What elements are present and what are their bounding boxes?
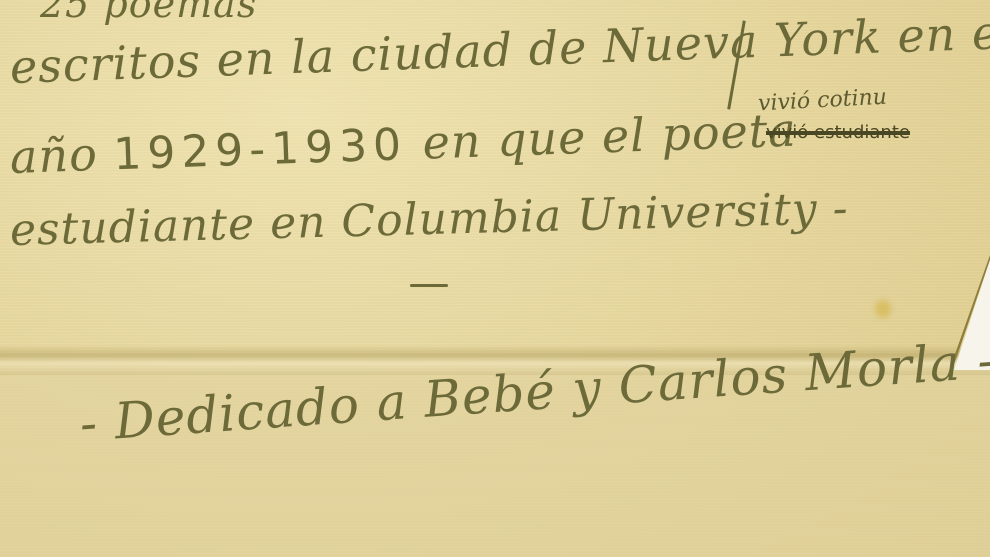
paper-stain [875,300,891,318]
underline-dash [410,284,448,287]
year-label-prefix: año [9,126,114,184]
line-3-suffix: en que el poeta [406,103,797,171]
handwritten-line-4: estudiante en Columbia University - [9,183,849,256]
insertion-note: vivió cotinu [757,85,887,117]
handwritten-line-1: 25 poemas [40,0,257,26]
manuscript-page: 25 poemas escritos en la ciudad de Nueva… [0,0,990,557]
struck-out-text: vivió estudiante [766,122,910,143]
year-range: 1929-1930 [112,119,407,180]
handwritten-line-3: año 1929-1930 en que el poeta [9,103,797,184]
